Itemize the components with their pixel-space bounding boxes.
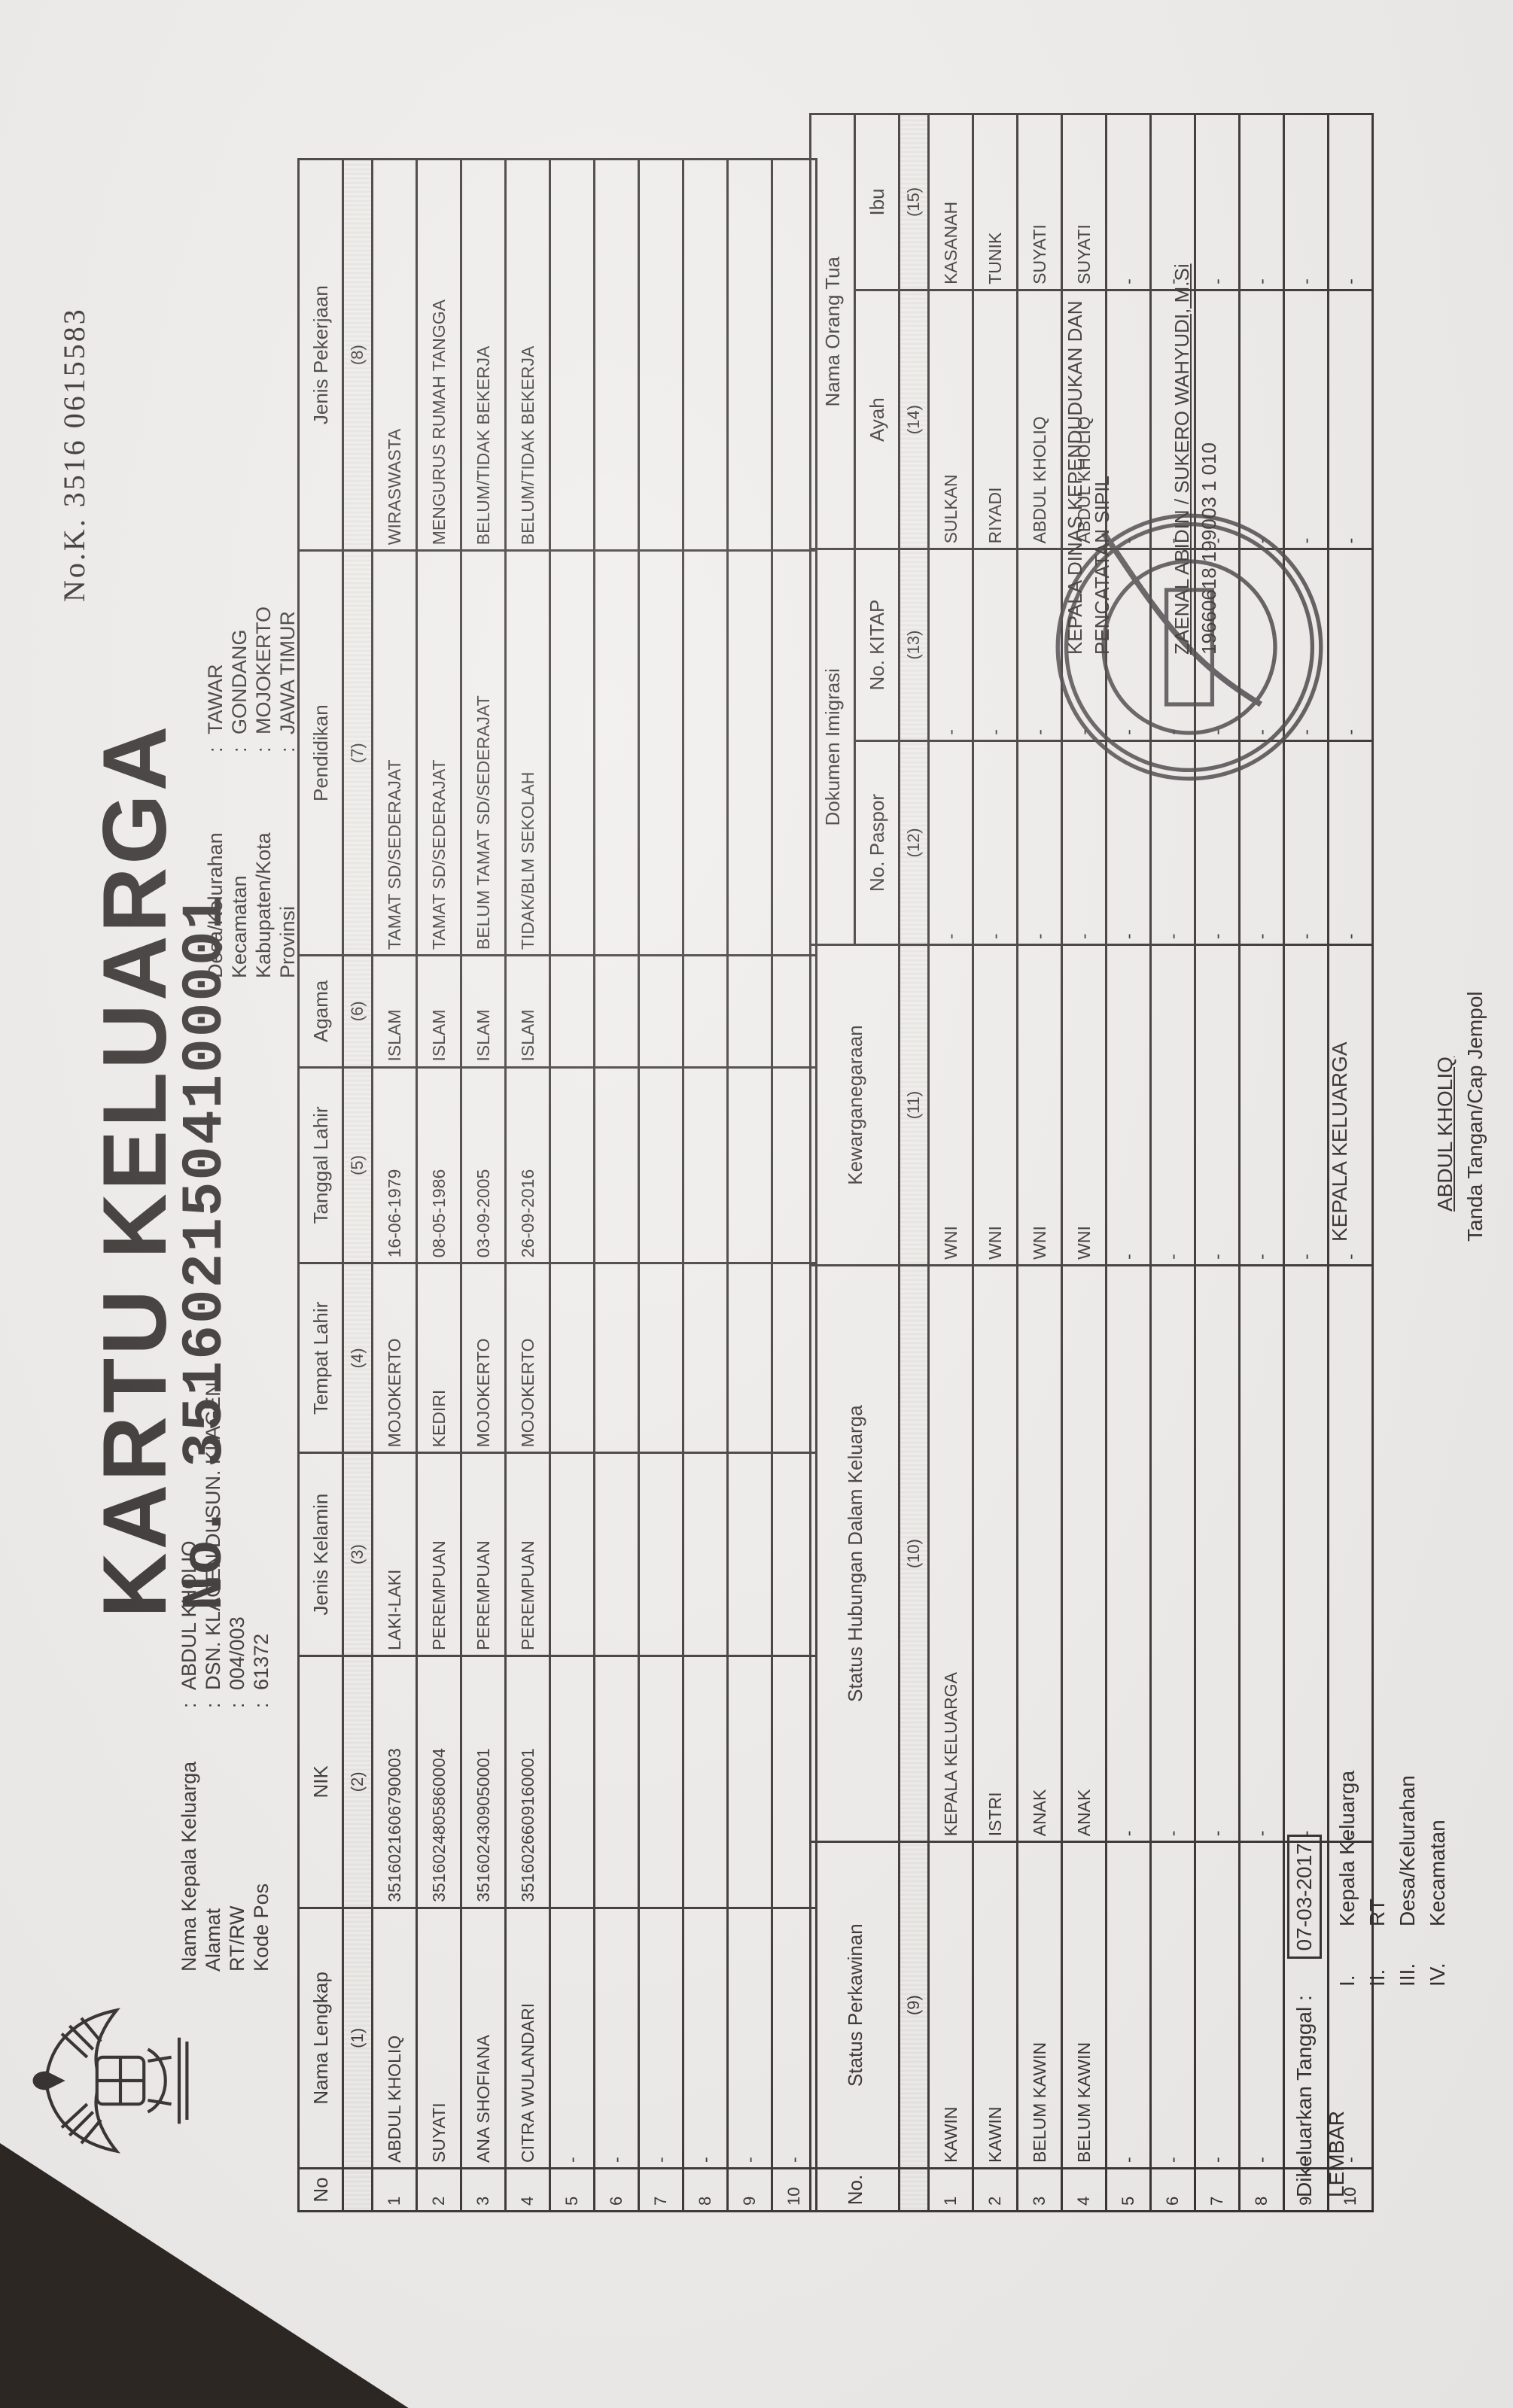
table-cell <box>595 1655 639 1908</box>
table-cell: 03-09-2005 <box>461 1067 506 1263</box>
table-row: 8------- <box>1240 114 1284 2212</box>
info-row: Kecamatan:GONDANG <box>227 607 251 978</box>
table-cell: ISLAM <box>506 956 550 1067</box>
table-cell <box>595 1453 639 1656</box>
column-header: Tempat Lahir <box>299 1263 343 1453</box>
table-cell <box>639 1655 683 1908</box>
table-cell: TIDAK/BLM SEKOLAH <box>506 551 550 956</box>
table-cell <box>683 551 728 956</box>
table-cell <box>728 1067 772 1263</box>
info-separator: : <box>201 1690 225 1708</box>
table-cell <box>550 1067 595 1263</box>
table-cell: 6 <box>595 2169 639 2212</box>
column-index: (1) <box>343 1908 373 2168</box>
table-cell: 26-09-2016 <box>506 1067 550 1263</box>
table-cell: 3 <box>1018 2169 1062 2212</box>
col-no: No. <box>811 2169 900 2212</box>
info-row: Provinsi:JAWA TIMUR <box>276 607 300 978</box>
table-cell: - <box>1107 1265 1151 1841</box>
table-row: 4CITRA WULANDARI3516026609160001PEREMPUA… <box>506 160 550 2212</box>
info-separator: : <box>225 1690 249 1708</box>
table-cell: KEPALA KELUARGA <box>929 1265 973 1841</box>
head-of-family-signature: KEPALA KELUARGA ABDUL KHOLIQ Tanda Tanga… <box>1325 991 1490 1242</box>
table-cell: 4 <box>1062 2169 1107 2212</box>
table-cell: - <box>929 549 973 740</box>
table-cell: - <box>1151 945 1195 1266</box>
info-row: Desa/Kelurahan:TAWAR <box>203 607 227 978</box>
table-cell: RIYADI <box>973 290 1018 549</box>
table-cell <box>550 1655 595 1908</box>
info-label: Kecamatan <box>227 752 251 978</box>
info-row: RT/RW:004/003 <box>225 1382 249 1972</box>
info-label: RT/RW <box>225 1708 249 1972</box>
table-cell: 8 <box>683 2169 728 2212</box>
info-separator: : <box>227 734 251 752</box>
table-cell: 7 <box>1195 2169 1240 2212</box>
table-cell: - <box>973 740 1018 944</box>
head-name: ABDUL KHOLIQ <box>1430 991 1460 1212</box>
table-cell: TAMAT SD/SEDERAJAT <box>417 551 461 956</box>
table-row: 1ABDUL KHOLIQ3516021606790003LAKI-LAKIMO… <box>373 160 417 2212</box>
table-cell: TAMAT SD/SEDERAJAT <box>373 551 417 956</box>
column-index: (7) <box>343 551 373 956</box>
table-cell: 2 <box>417 2169 461 2212</box>
table-cell: 5 <box>1107 2169 1151 2212</box>
table-cell: WNI <box>973 945 1018 1266</box>
table-cell: - <box>1240 114 1284 290</box>
table-cell <box>595 1067 639 1263</box>
table-row: 5- <box>550 160 595 2212</box>
table-cell: - <box>728 1908 772 2168</box>
column-index: (3) <box>343 1453 373 1656</box>
table-cell: 1 <box>929 2169 973 2212</box>
table-cell: - <box>1329 290 1373 549</box>
table-row: 9- <box>728 160 772 2212</box>
table-cell: - <box>929 740 973 944</box>
col-family-relation: Status Hubungan Dalam Keluarga <box>811 1265 900 1841</box>
copy-item: IV.Kecamatan <box>1423 1771 1453 1987</box>
table-row: 6- <box>595 160 639 2212</box>
table-cell <box>550 551 595 956</box>
column-header: Jenis Kelamin <box>299 1453 343 1656</box>
table-cell: MOJOKERTO <box>373 1263 417 1453</box>
copy-label: Kepala Keluarga <box>1332 1771 1362 1926</box>
document-title: KARTU KELUARGA <box>83 723 187 1618</box>
table-cell: - <box>1195 945 1240 1266</box>
copy-distribution-list: I.Kepala KeluargaII.RTIII.Desa/Kelurahan… <box>1332 1771 1453 1987</box>
info-separator: : <box>276 734 300 752</box>
table-cell: 08-05-1986 <box>417 1067 461 1263</box>
official-name: ZAENAL ABIDIN / SUKERO WAHYUDI, M.Si <box>1168 263 1195 655</box>
table-cell: KASANAH <box>929 114 973 290</box>
table-cell: - <box>550 1908 595 2168</box>
table-cell: BELUM KAWIN <box>1018 1842 1062 2169</box>
col-marital-status: Status Perkawinan <box>811 1842 900 2169</box>
table-cell: - <box>1240 945 1284 1266</box>
copy-item: I.Kepala Keluarga <box>1332 1771 1362 1987</box>
table-cell: BELUM/TIDAK BEKERJA <box>461 160 506 551</box>
column-header: NIK <box>299 1655 343 1908</box>
table-row: 8- <box>683 160 728 2212</box>
table-cell: - <box>1107 945 1151 1266</box>
table-cell <box>595 551 639 956</box>
table-cell: ABDUL KHOLIQ <box>373 1908 417 2168</box>
info-value: ABDUL KHOLIQ <box>177 1540 201 1690</box>
table-cell: PEREMPUAN <box>461 1453 506 1656</box>
table-cell: ISLAM <box>417 956 461 1067</box>
household-info-left: Nama Kepala Keluarga:ABDUL KHOLIQAlamat:… <box>177 1382 273 1972</box>
column-index: (4) <box>343 1263 373 1453</box>
info-separator: : <box>251 734 276 752</box>
copy-roman: III. <box>1393 1956 1423 1987</box>
table-cell <box>728 551 772 956</box>
table-cell: 3516026609160001 <box>506 1655 550 1908</box>
info-label: Desa/Kelurahan <box>203 752 227 978</box>
col-immigration-docs: Dokumen Imigrasi <box>811 549 855 945</box>
table-cell: 4 <box>506 2169 550 2212</box>
table-cell: - <box>1329 114 1373 290</box>
table-cell: ISTRI <box>973 1265 1018 1841</box>
table-cell: - <box>1284 1265 1329 1841</box>
col-passport: No. Paspor <box>855 740 900 944</box>
col-citizenship: Kewarganegaraan <box>811 945 900 1266</box>
official-signature-block: KEPALA DINAS KEPENDUDUKAN DAN PENCATATAN… <box>1061 263 1222 655</box>
table-cell: - <box>1329 1265 1373 1841</box>
sign-caption: Tanda Tangan/Cap Jempol <box>1460 991 1490 1242</box>
official-nip: 19660618 199003 1 010 <box>1195 263 1222 655</box>
info-separator: : <box>249 1690 273 1708</box>
info-value: MOJOKERTO <box>251 607 276 734</box>
info-separator: : <box>203 734 227 752</box>
copy-item: II.RT <box>1362 1771 1393 1987</box>
column-header: Jenis Pekerjaan <box>299 160 343 551</box>
table-cell <box>550 1263 595 1453</box>
family-card-document: KARTU KELUARGA No. 3516021504100001 No.K… <box>0 0 1513 2408</box>
info-value: 61372 <box>249 1634 273 1690</box>
table-cell: 3516024309050001 <box>461 1655 506 1908</box>
table-cell <box>550 160 595 551</box>
column-header: Pendidikan <box>299 551 343 956</box>
table-cell <box>683 1453 728 1656</box>
table-cell: - <box>1284 114 1329 290</box>
table-cell: WNI <box>1062 945 1107 1266</box>
table-row: 3BELUM KAWINANAKWNI--ABDUL KHOLIQSUYATI <box>1018 114 1062 2212</box>
table-cell <box>728 1655 772 1908</box>
table-cell: ISLAM <box>461 956 506 1067</box>
table-cell: MOJOKERTO <box>506 1263 550 1453</box>
table-cell: 1 <box>373 2169 417 2212</box>
info-separator: : <box>177 1690 201 1708</box>
serial-number: No.K. 3516 0615583 <box>56 307 92 602</box>
table-cell <box>728 1453 772 1656</box>
table-cell: - <box>683 1908 728 2168</box>
table-cell: - <box>1240 1265 1284 1841</box>
table-cell <box>683 1263 728 1453</box>
issued-label: Dikeluarkan Tanggal <box>1292 2007 1316 2197</box>
table-cell <box>595 160 639 551</box>
copy-label: Kecamatan <box>1423 1820 1453 1926</box>
table-cell: - <box>1151 1265 1195 1841</box>
info-value: 004/003 <box>225 1616 249 1690</box>
table-row: 2KAWINISTRIWNI--RIYADITUNIK <box>973 114 1018 2212</box>
table-cell: ANAK <box>1062 1265 1107 1841</box>
table-cell: - <box>1284 945 1329 1266</box>
table-cell: WNI <box>1018 945 1062 1266</box>
info-label: Nama Kepala Keluarga <box>177 1708 201 1972</box>
table-cell <box>639 160 683 551</box>
table-cell <box>550 1453 595 1656</box>
column-index: (8) <box>343 160 373 551</box>
table-cell: SUYATI <box>1018 114 1062 290</box>
table-cell: SULKAN <box>929 290 973 549</box>
table-cell <box>728 160 772 551</box>
table-cell: BELUM/TIDAK BEKERJA <box>506 160 550 551</box>
issued-date: 07-03-2017 <box>1287 1835 1322 1959</box>
table-cell: 9 <box>728 2169 772 2212</box>
table-cell: KAWIN <box>929 1842 973 2169</box>
table-cell: - <box>595 1908 639 2168</box>
copy-roman: II. <box>1362 1956 1393 1987</box>
table-cell: - <box>1240 1842 1284 2169</box>
table-cell: WNI <box>929 945 973 1266</box>
official-title-1: KEPALA DINAS KEPENDUDUKAN DAN <box>1061 263 1088 655</box>
column-header: No <box>299 2169 343 2212</box>
table-cell: PEREMPUAN <box>506 1453 550 1656</box>
col-kitap: No. KITAP <box>855 549 900 740</box>
column-index: (2) <box>343 1655 373 1908</box>
info-row: Kabupaten/Kota:MOJOKERTO <box>251 607 276 978</box>
table-cell <box>639 956 683 1067</box>
column-header: Nama Lengkap <box>299 1908 343 2168</box>
info-label: Kode Pos <box>249 1708 273 1972</box>
info-row: Nama Kepala Keluarga:ABDUL KHOLIQ <box>177 1382 201 1972</box>
col-parents: Nama Orang Tua <box>811 114 855 549</box>
info-row: Kode Pos:61372 <box>249 1382 273 1972</box>
table-cell: - <box>639 1908 683 2168</box>
info-value: DSN. KLAGEN DUSUN. KLAGEN <box>201 1382 225 1690</box>
copy-item: III.Desa/Kelurahan <box>1393 1771 1423 1987</box>
info-row: Alamat:DSN. KLAGEN DUSUN. KLAGEN <box>201 1382 225 1972</box>
table-cell: - <box>1329 740 1373 944</box>
table-row: 3ANA SHOFIANA3516024309050001PEREMPUANMO… <box>461 160 506 2212</box>
table-cell: - <box>1195 1265 1240 1841</box>
column-index: (5) <box>343 1067 373 1263</box>
table-cell <box>595 956 639 1067</box>
table-cell: MENGURUS RUMAH TANGGA <box>417 160 461 551</box>
info-value: JAWA TIMUR <box>276 611 300 734</box>
table-cell <box>683 1655 728 1908</box>
table-cell: - <box>1107 1842 1151 2169</box>
table-cell <box>683 956 728 1067</box>
table-cell: 2 <box>973 2169 1018 2212</box>
table-row: 1KAWINKEPALA KELUARGAWNI--SULKANKASANAH <box>929 114 973 2212</box>
table-cell: KEDIRI <box>417 1263 461 1453</box>
table-cell <box>683 160 728 551</box>
table-cell: 6 <box>1151 2169 1195 2212</box>
info-label: Alamat <box>201 1708 225 1972</box>
table-cell: TUNIK <box>973 114 1018 290</box>
table-cell: ANAK <box>1018 1265 1062 1841</box>
table-cell: KAWIN <box>973 1842 1018 2169</box>
official-title-2: PENCATATAN SIPIL <box>1088 263 1116 655</box>
col-father: Ayah <box>855 290 900 549</box>
col-mother: Ibu <box>855 114 900 290</box>
table-cell <box>639 1453 683 1656</box>
column-index: (14) <box>900 290 929 549</box>
table-cell <box>639 1263 683 1453</box>
table-cell: CITRA WULANDARI <box>506 1908 550 2168</box>
table-cell: 3516024805860004 <box>417 1655 461 1908</box>
table-cell: - <box>1195 1842 1240 2169</box>
table-row: 2SUYATI3516024805860004PEREMPUANKEDIRI08… <box>417 160 461 2212</box>
table-cell: PEREMPUAN <box>417 1453 461 1656</box>
column-header: Agama <box>299 956 343 1067</box>
table-cell <box>683 1067 728 1263</box>
column-index <box>343 2169 373 2212</box>
table-cell: WIRASWASTA <box>373 160 417 551</box>
table-cell: 5 <box>550 2169 595 2212</box>
table-cell: ANA SHOFIANA <box>461 1908 506 2168</box>
copy-label: Desa/Kelurahan <box>1393 1775 1423 1926</box>
column-header: Tanggal Lahir <box>299 1067 343 1263</box>
table-cell: BELUM TAMAT SD/SEDERAJAT <box>461 551 506 956</box>
column-index: (9) <box>900 1842 929 2169</box>
family-members-table: NoNama LengkapNIKJenis KelaminTempat Lah… <box>297 158 817 2212</box>
table-cell <box>728 1263 772 1453</box>
column-index: (15) <box>900 114 929 290</box>
column-index: (11) <box>900 945 929 1266</box>
copy-roman: I. <box>1332 1956 1362 1987</box>
table-row: 7- <box>639 160 683 2212</box>
table-cell <box>639 551 683 956</box>
table-cell: LAKI-LAKI <box>373 1453 417 1656</box>
column-index: (10) <box>900 1265 929 1841</box>
table-cell: 8 <box>1240 2169 1284 2212</box>
info-value: GONDANG <box>227 629 251 734</box>
copy-roman: IV. <box>1423 1956 1453 1987</box>
table-cell: - <box>1151 1842 1195 2169</box>
copy-label: RT <box>1362 1899 1393 1926</box>
info-value: TAWAR <box>203 664 227 735</box>
column-index: (6) <box>343 956 373 1067</box>
table-cell <box>728 956 772 1067</box>
table-cell <box>639 1067 683 1263</box>
info-label: Provinsi <box>276 752 300 978</box>
table-cell: 7 <box>639 2169 683 2212</box>
table-cell: - <box>1329 549 1373 740</box>
table-cell: 16-06-1979 <box>373 1067 417 1263</box>
table-cell: - <box>973 549 1018 740</box>
table-cell: 3 <box>461 2169 506 2212</box>
table-cell: ISLAM <box>373 956 417 1067</box>
info-label: Kabupaten/Kota <box>251 752 276 978</box>
column-index <box>900 2169 929 2212</box>
table-cell: 3516021606790003 <box>373 1655 417 1908</box>
head-title: KEPALA KELUARGA <box>1325 991 1355 1242</box>
table-cell <box>595 1263 639 1453</box>
household-info-right: Desa/Kelurahan:TAWARKecamatan:GONDANGKab… <box>203 607 300 978</box>
column-index: (13) <box>900 549 929 740</box>
column-index: (12) <box>900 740 929 944</box>
table-cell: BELUM KAWIN <box>1062 1842 1107 2169</box>
table-cell: MOJOKERTO <box>461 1263 506 1453</box>
table-cell <box>550 956 595 1067</box>
garuda-emblem-icon <box>23 1979 218 2182</box>
table-cell: SUYATI <box>417 1908 461 2168</box>
